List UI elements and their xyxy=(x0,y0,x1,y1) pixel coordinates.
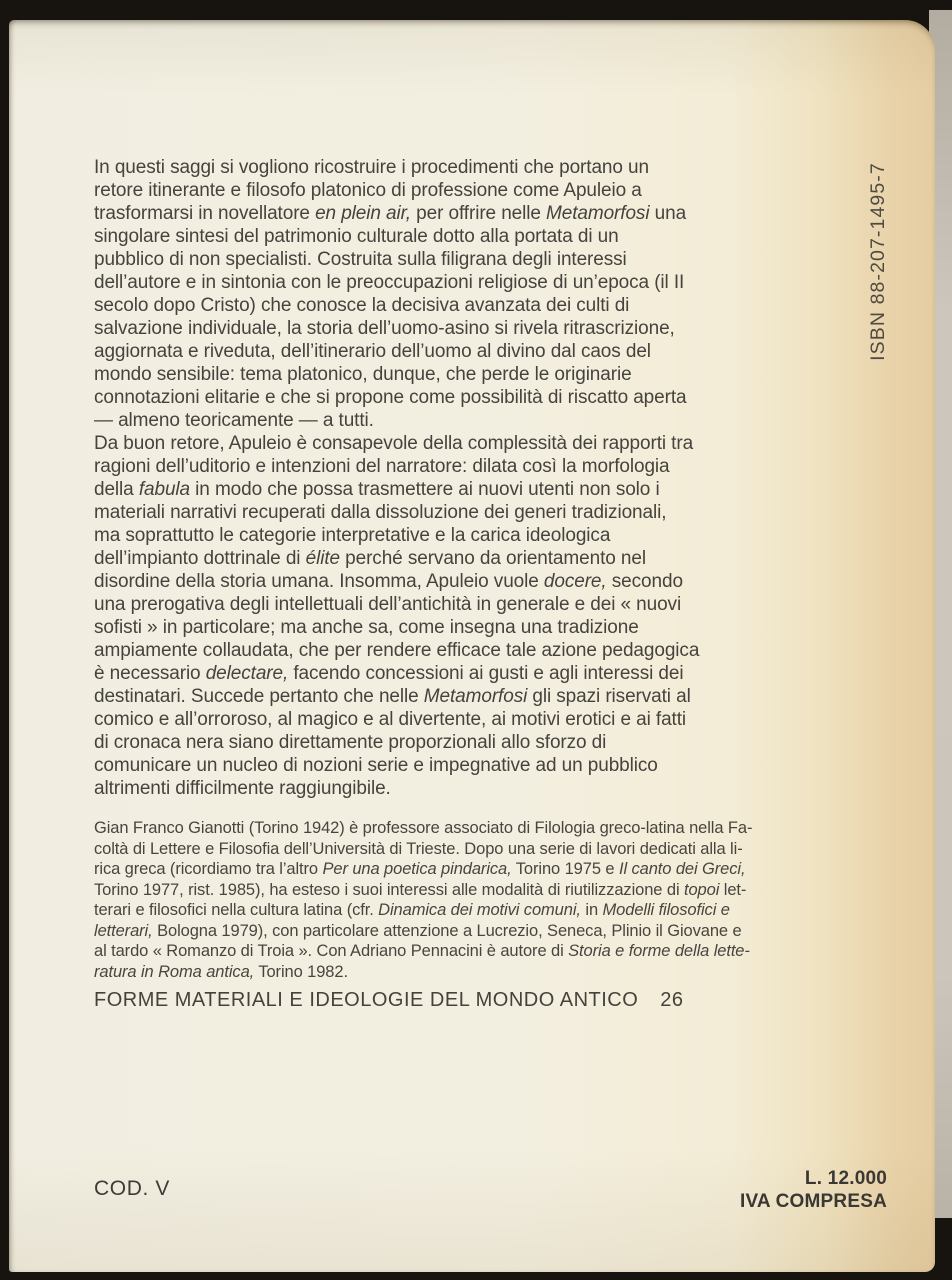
vat-label: IVA COMPRESA xyxy=(587,1190,887,1213)
series-title: FORME MATERIALI E IDEOLOGIE DEL MONDO AN… xyxy=(94,989,638,1011)
photo-background: { "cover": { "isbn_vertical": "ISBN 88-2… xyxy=(0,0,952,1280)
catalog-code: COD. V xyxy=(94,1177,170,1201)
author-bio: Gian Franco Gianotti (Torino 1942) è pro… xyxy=(94,818,894,982)
series-line: FORME MATERIALI E IDEOLOGIE DEL MONDO AN… xyxy=(94,989,684,1012)
price-amount: L. 12.000 xyxy=(587,1167,887,1190)
blurb-text: In questi saggi si vogliono ricostruire … xyxy=(94,156,894,800)
blurb-paragraph-2: Da buon retore, Apuleio è consapevole de… xyxy=(94,432,894,800)
series-number: 26 xyxy=(660,989,683,1011)
book-back-cover: ISBN 88-207-1495-7 In questi saggi si vo… xyxy=(9,20,935,1272)
blurb-paragraph-1: In questi saggi si vogliono ricostruire … xyxy=(94,156,894,432)
price-block: L. 12.000 IVA COMPRESA xyxy=(587,1167,887,1213)
